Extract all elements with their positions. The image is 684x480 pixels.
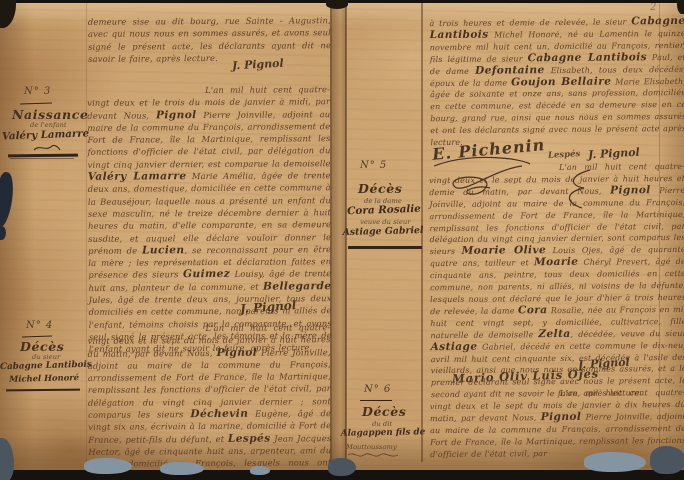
margin-entry-name-2: Mouttoussamy — [346, 443, 397, 451]
witness-signature: Lespés — [548, 149, 581, 161]
act-closing-paragraph: demeure sise au dit bourg, rue Sainte - … — [88, 14, 331, 65]
left-page-margin-crease — [86, 0, 87, 464]
margin-entry-type: Décès — [362, 404, 406, 419]
margin-entry-name-2: Michel Honoré — [6, 372, 82, 384]
margin-squiggle — [346, 451, 402, 459]
page-number: 2 — [650, 2, 656, 13]
officer-signature: J. Pignol — [588, 146, 640, 162]
margin-number-underline — [360, 400, 392, 401]
margin-entry-type: Naissance — [12, 107, 89, 122]
torn-edge-patch — [160, 462, 204, 475]
death-act-paragraph: L'an mil huit cent quatre-vingt deux et … — [429, 161, 684, 401]
corner-nub-top-right — [677, 0, 684, 14]
margin-entry-name-2: Astiage Gabriel — [342, 225, 424, 238]
margin-entry-number: N° 5 — [360, 160, 387, 171]
torn-edge-patch — [584, 452, 646, 472]
margin-entry-number: N° 6 — [364, 384, 391, 395]
torn-edge-patch — [650, 446, 684, 474]
gutter-top-nub — [326, 0, 348, 9]
death-act-paragraph: L'an mil huit cent quatre-vingt deux et … — [87, 321, 331, 480]
margin-entry-qualifier: du dit — [372, 420, 392, 428]
officer-signature: J. Pignol — [232, 57, 284, 73]
margin-entry-rule — [348, 246, 422, 249]
birth-act-paragraph: L'an mil huit cent quatre-vingt deux et … — [87, 83, 332, 355]
margin-entry-type: Décès — [20, 339, 64, 354]
margin-flourish — [32, 143, 62, 153]
torn-edge-patch — [250, 466, 270, 475]
torn-edge-patch — [84, 458, 132, 474]
margin-entry-rule-echo — [10, 158, 74, 159]
margin-entry-number: N° 4 — [26, 320, 53, 331]
death-act-paragraph: L'an mil huit cent quatre-vingt deux et … — [430, 387, 684, 461]
torn-edge-patch — [328, 458, 356, 476]
margin-entry-name: Alagappen fils de — [340, 427, 426, 438]
margin-entry-type: Décès — [358, 181, 402, 196]
margin-entry-number: N° 3 — [24, 86, 51, 97]
death-act-continuation: à trois heures et demie de relevée, le s… — [429, 16, 684, 149]
register-scan: N° 3 Naissance de l'enfant Valéry Lamarr… — [0, 0, 684, 480]
